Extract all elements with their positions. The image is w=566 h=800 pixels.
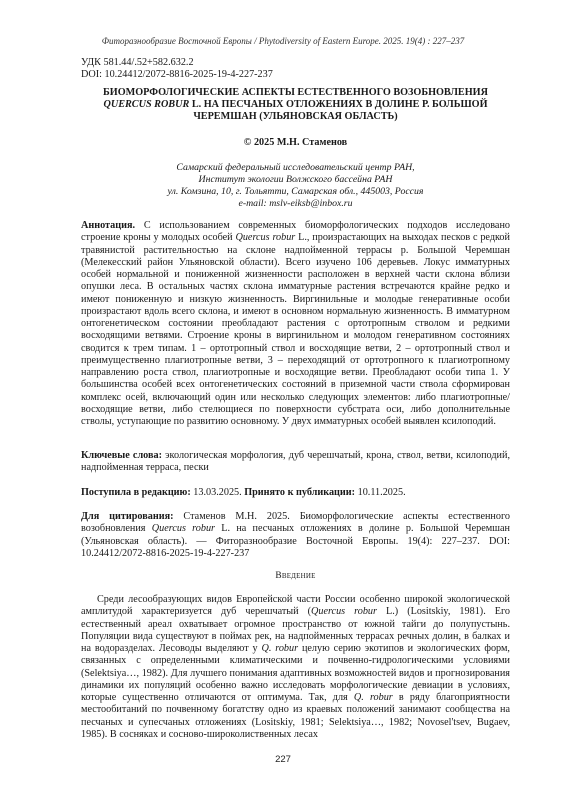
running-header: Фиторазнообразие Восточной Европы / Phyt… xyxy=(0,36,566,46)
received-label: Поступила в редакцию: xyxy=(81,487,191,498)
udk-code: УДК 581.44/.52+582.632.2 xyxy=(81,57,273,69)
introduction-paragraph: Среди лесообразующих видов Европейской ч… xyxy=(81,594,510,741)
title-line-2-rest: L. НА ПЕСЧАНЫХ ОТЛОЖЕНИЯХ В ДОЛИНЕ Р. БО… xyxy=(189,99,487,110)
affiliation-email[interactable]: e-mail: mslv-eiksb@inbox.ru xyxy=(81,198,510,210)
affiliation-line-1: Самарский федеральный исследовательский … xyxy=(81,162,510,174)
received-date: 13.03.2025. xyxy=(191,487,244,498)
abstract-label: Аннотация. xyxy=(81,220,135,231)
article-title: БИОМОРФОЛОГИЧЕСКИЕ АСПЕКТЫ ЕСТЕСТВЕННОГО… xyxy=(81,87,510,124)
affiliation-line-2: Институт экологии Волжского бассейна РАН xyxy=(81,174,510,186)
title-line-3: ЧЕРЕМШАН (УЛЬЯНОВСКАЯ ОБЛАСТЬ) xyxy=(81,111,510,123)
publication-dates: Поступила в редакцию: 13.03.2025. Принят… xyxy=(81,487,510,499)
citation-label: Для цитирования: xyxy=(81,511,174,522)
title-line-2: QUERCUS ROBUR L. НА ПЕСЧАНЫХ ОТЛОЖЕНИЯХ … xyxy=(81,99,510,111)
page-number: 227 xyxy=(0,754,566,765)
abstract-species: Quercus robur xyxy=(235,232,295,243)
accepted-label: Принято к публикации: xyxy=(244,487,355,498)
section-heading-introduction: Введение xyxy=(81,571,510,581)
intro-species-1: Quercus robur xyxy=(311,606,377,617)
abstract: Аннотация. С использованием современных … xyxy=(81,220,510,428)
doi: DOI: 10.24412/2072-8816-2025-19-4-227-23… xyxy=(81,69,273,81)
citation-species: Quercus robur xyxy=(152,523,215,534)
title-species: QUERCUS ROBUR xyxy=(103,99,189,110)
affiliation-address: ул. Комзина, 10, г. Тольятти, Самарская … xyxy=(81,186,510,198)
keywords: Ключевые слова: экологическая морфология… xyxy=(81,450,510,475)
accepted-date: 10.11.2025. xyxy=(355,487,406,498)
abstract-text-2: L., произрастающих на выходах песков с р… xyxy=(81,232,510,427)
keywords-label: Ключевые слова: xyxy=(81,450,162,461)
intro-species-3: Q. robur xyxy=(354,692,393,703)
author-line: © 2025 М.Н. Стаменов xyxy=(81,137,510,148)
title-line-1: БИОМОРФОЛОГИЧЕСКИЕ АСПЕКТЫ ЕСТЕСТВЕННОГО… xyxy=(81,87,510,99)
document-page: Фиторазнообразие Восточной Европы / Phyt… xyxy=(0,0,566,800)
intro-species-2: Q. robur xyxy=(261,643,298,654)
article-meta: УДК 581.44/.52+582.632.2 DOI: 10.24412/2… xyxy=(81,57,273,81)
citation: Для цитирования: Стаменов М.Н. 2025. Био… xyxy=(81,511,510,560)
affiliation: Самарский федеральный исследовательский … xyxy=(81,162,510,210)
